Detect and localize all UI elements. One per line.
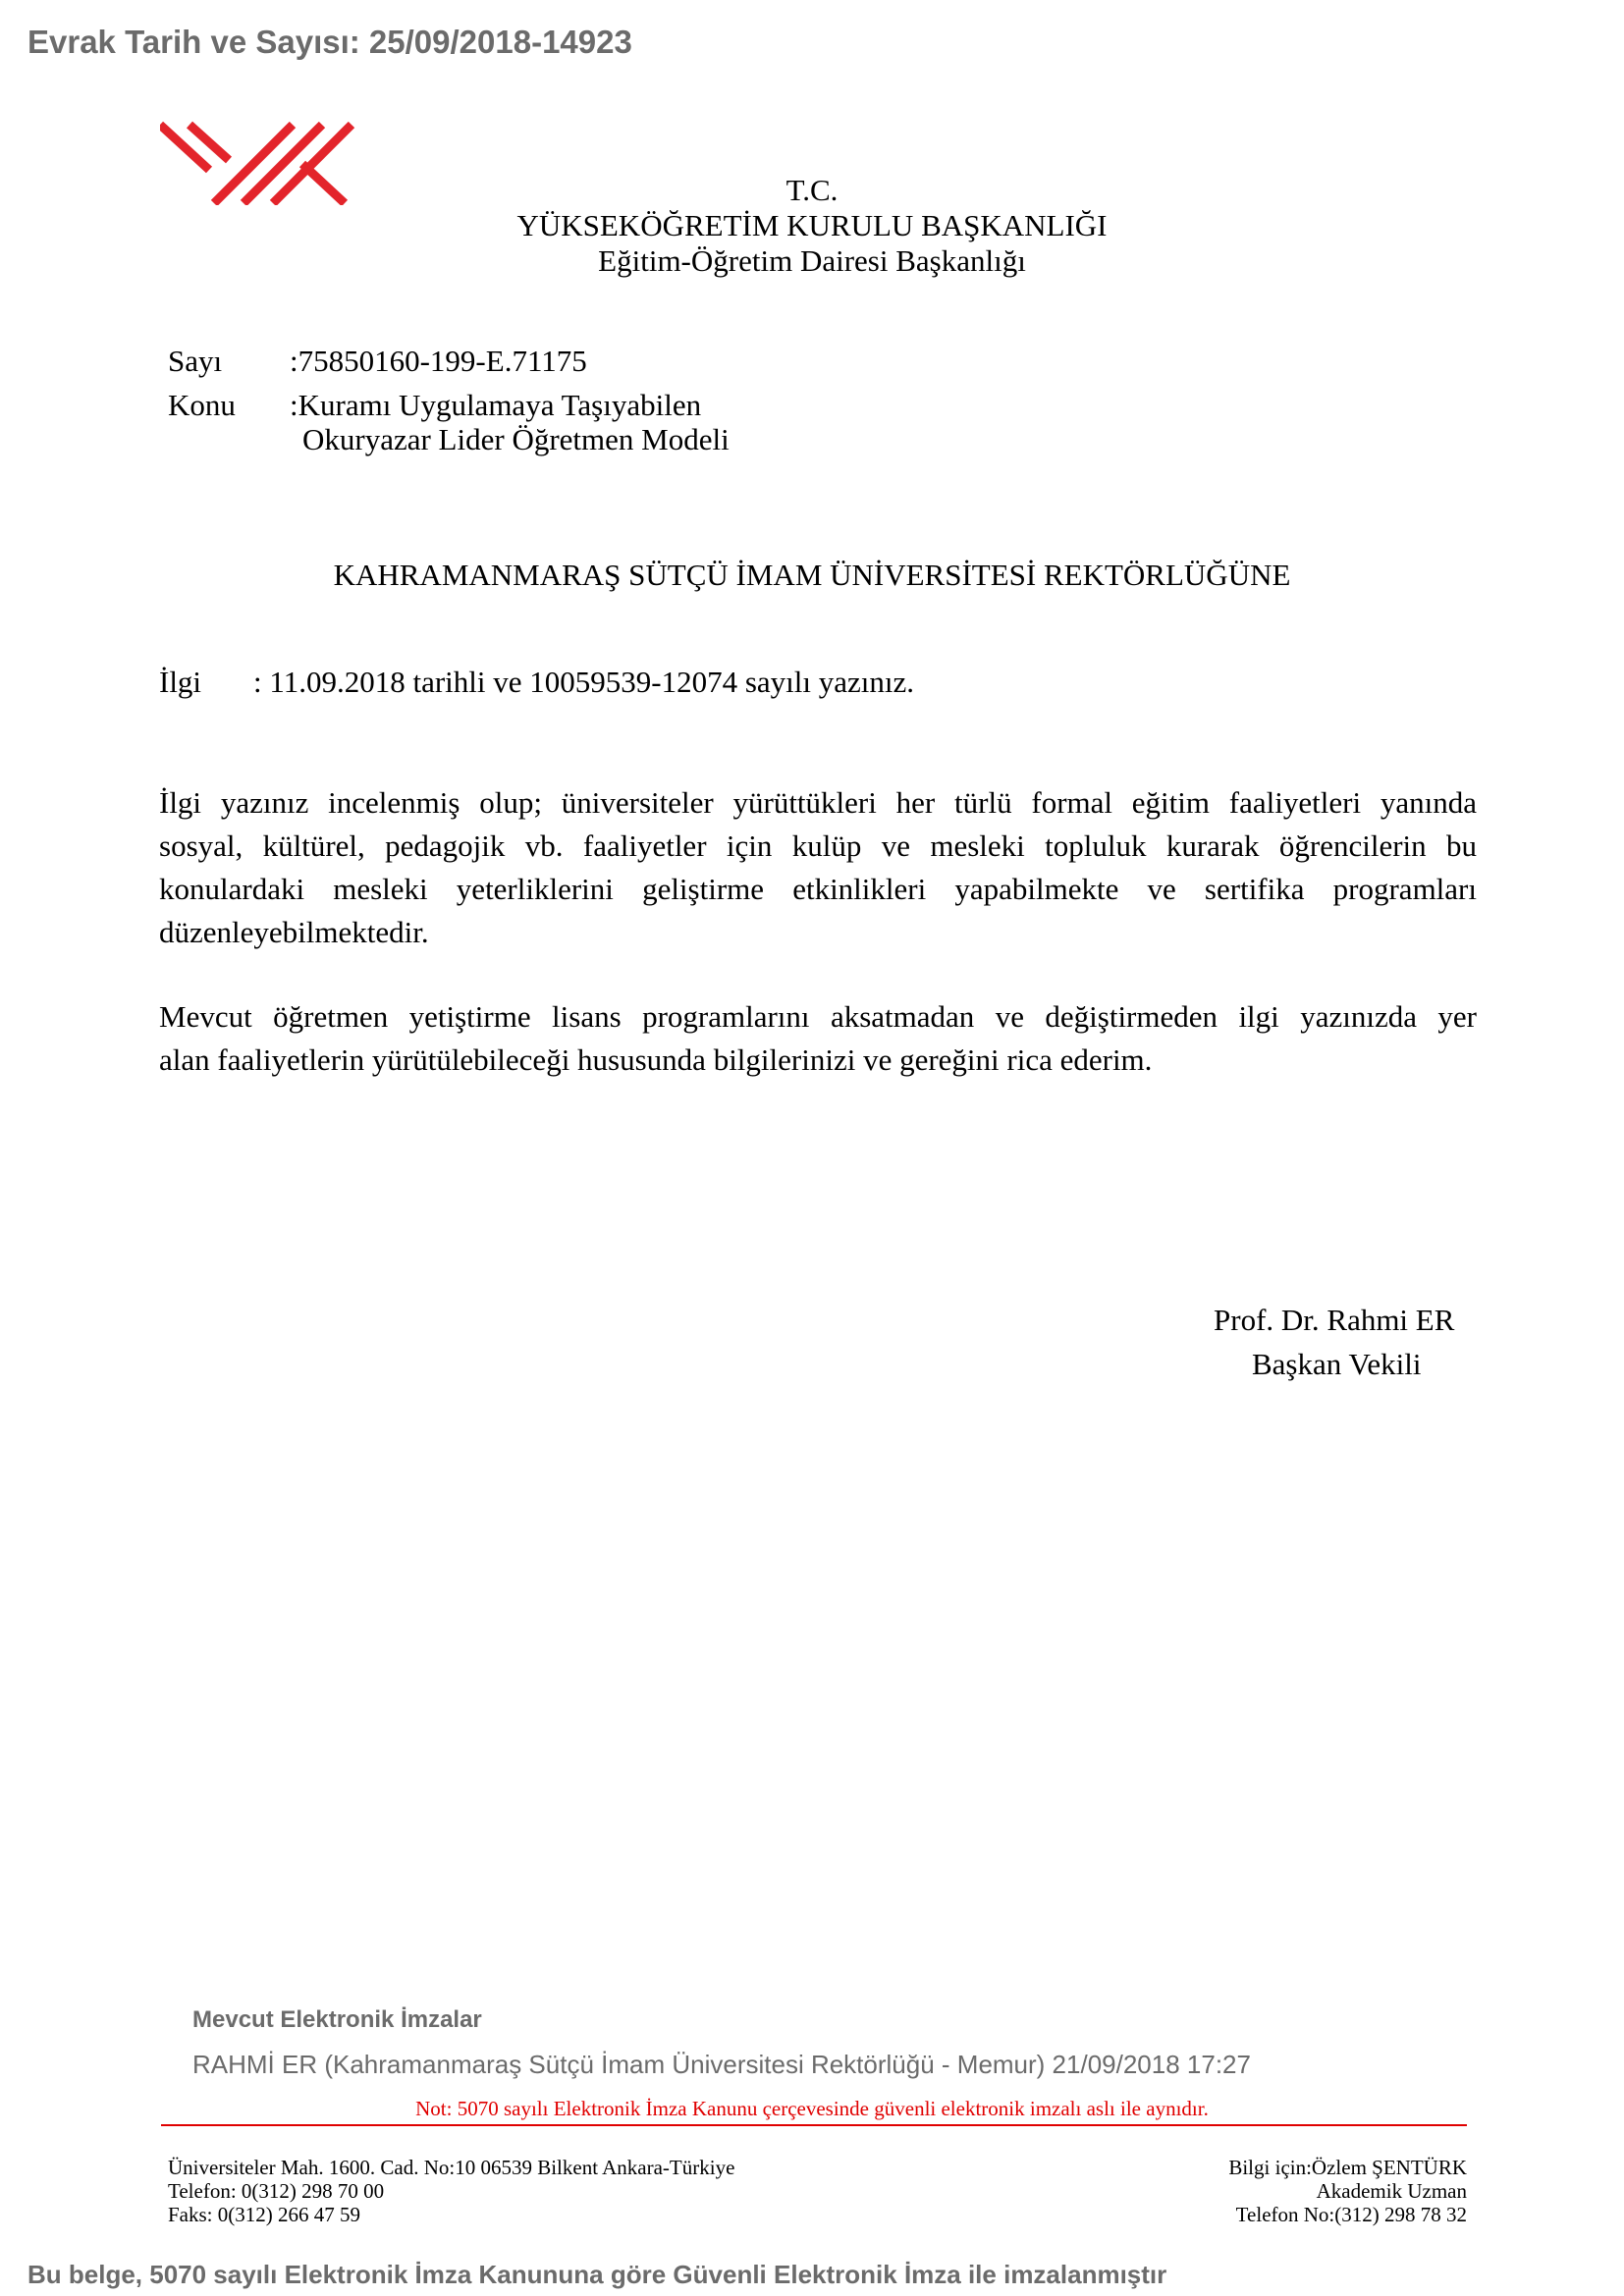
signatory-name: Prof. Dr. Rahmi ER: [1214, 1303, 1454, 1338]
paragraph-line: konulardaki mesleki yeterliklerini geliş…: [159, 868, 1477, 911]
footer-divider: [161, 2124, 1467, 2126]
electronic-signatures-heading: Mevcut Elektronik İmzalar: [192, 2006, 482, 2034]
paragraph-line: İlgi yazınız incelenmiş olup; üniversite…: [159, 781, 1477, 825]
footer-address: Üniversiteler Mah. 1600. Cad. No:10 0653…: [168, 2156, 734, 2179]
document-date-number-stamp: Evrak Tarih ve Sayısı: 25/09/2018-14923: [27, 24, 632, 61]
footer-address-block: Üniversiteler Mah. 1600. Cad. No:10 0653…: [168, 2156, 734, 2226]
paragraph-line: alan faaliyetlerin yürütülebileceği husu…: [159, 1039, 1477, 1082]
body-paragraph-1: İlgi yazınız incelenmiş olup; üniversite…: [159, 781, 1477, 954]
footer-fax: Faks: 0(312) 266 47 59: [168, 2203, 734, 2226]
konu-value-line-2: Okuryazar Lider Öğretmen Modeli: [302, 422, 730, 457]
letterhead-institution: YÜKSEKÖĞRETİM KURULU BAŞKANLIĞI: [0, 208, 1624, 243]
paragraph-line: Mevcut öğretmen yetiştirme lisans progra…: [159, 995, 1477, 1039]
electronic-signature-entry: RAHMİ ER (Kahramanmaraş Sütçü İmam Ünive…: [192, 2050, 1251, 2080]
letterhead-tc: T.C.: [0, 173, 1624, 208]
letterhead-department: Eğitim-Öğretim Dairesi Başkanlığı: [0, 243, 1624, 279]
footer-phone: Telefon: 0(312) 298 70 00: [168, 2179, 734, 2203]
ilgi-value: : 11.09.2018 tarihli ve 10059539-12074 s…: [253, 665, 914, 700]
footer-contact-block: Bilgi için:Özlem ŞENTÜRK Akademik Uzman …: [1080, 2156, 1467, 2226]
sayi-value: :75850160-199-E.71175: [290, 344, 587, 379]
signatory-title: Başkan Vekili: [1252, 1347, 1422, 1382]
footer-contact-person: Bilgi için:Özlem ŞENTÜRK: [1080, 2156, 1467, 2179]
e-signature-statement: Bu belge, 5070 sayılı Elektronik İmza Ka…: [27, 2260, 1166, 2290]
paragraph-line: sosyal, kültürel, pedagojik vb. faaliyet…: [159, 825, 1477, 868]
paragraph-line: düzenleyebilmektedir.: [159, 911, 1477, 954]
electronic-signature-note: Not: 5070 sayılı Elektronik İmza Kanunu …: [0, 2097, 1624, 2121]
recipient: KAHRAMANMARAŞ SÜTÇÜ İMAM ÜNİVERSİTESİ RE…: [0, 558, 1624, 593]
footer-contact-title: Akademik Uzman: [1080, 2179, 1467, 2203]
footer-contact-phone: Telefon No:(312) 298 78 32: [1080, 2203, 1467, 2226]
konu-label: Konu: [168, 388, 236, 423]
konu-value-line-1: :Kuramı Uygulamaya Taşıyabilen: [290, 388, 701, 423]
body-paragraph-2: Mevcut öğretmen yetiştirme lisans progra…: [159, 995, 1477, 1082]
sayi-label: Sayı: [168, 344, 222, 379]
ilgi-label: İlgi: [159, 665, 201, 700]
